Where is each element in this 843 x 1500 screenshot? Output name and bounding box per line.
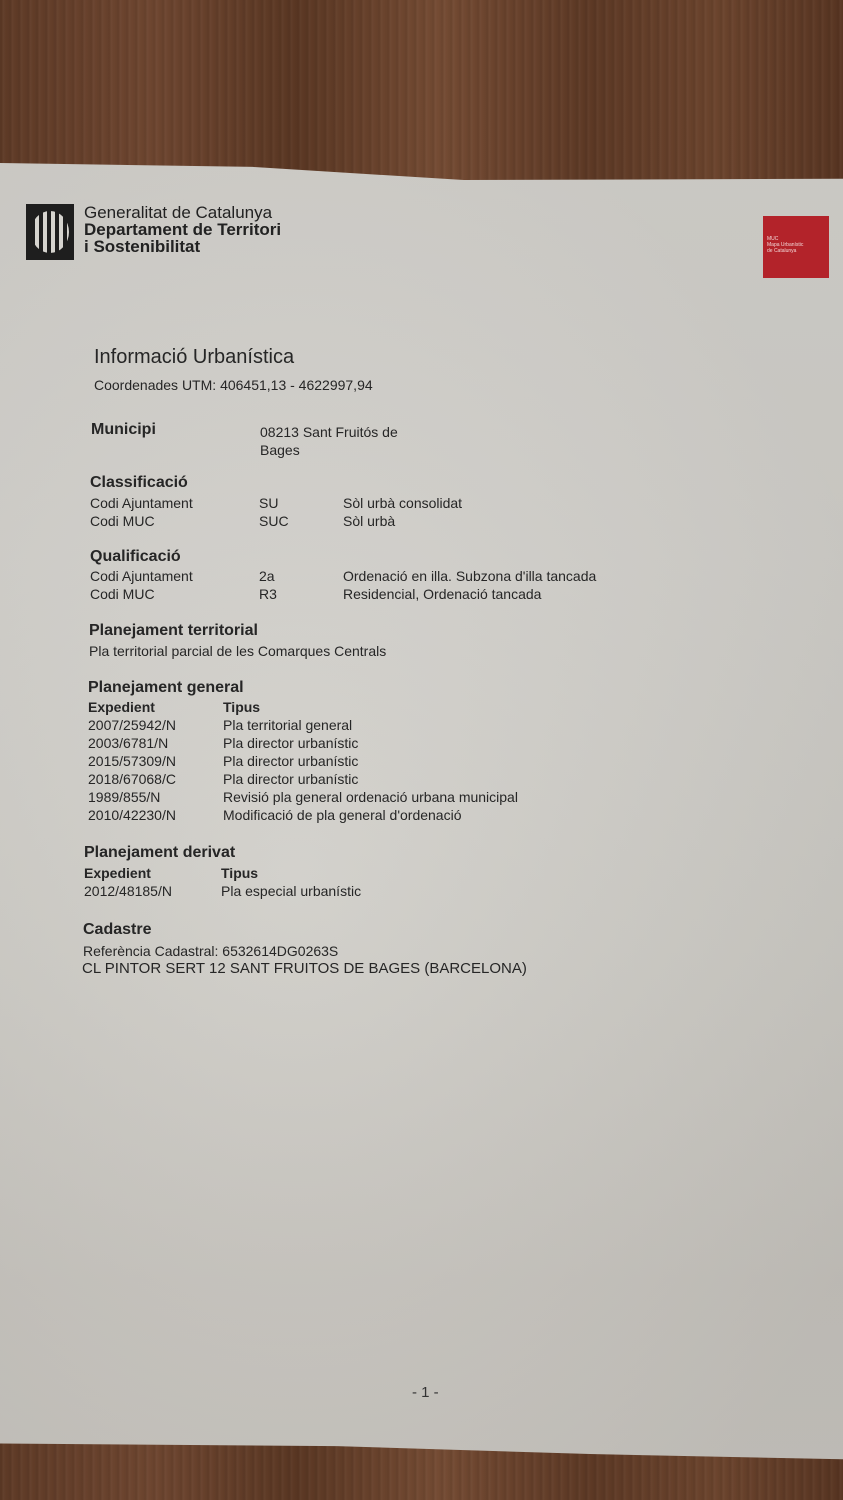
generalitat-shield-icon (26, 204, 74, 260)
cadastre-heading: Cadastre (83, 921, 151, 939)
table-row: 2003/6781/NPla director urbanístic (88, 734, 558, 752)
org-line-3: i Sostenibilitat (84, 238, 281, 255)
column-header-expedient: Expedient (84, 864, 151, 882)
planejament-general-heading: Planejament general (88, 679, 244, 697)
column-header-tipus: Tipus (221, 864, 258, 882)
row-label: Codi MUC (90, 512, 155, 530)
row-description: Ordenació en illa. Subzona d'illa tancad… (343, 567, 596, 585)
cadastre-referencia: Referència Cadastral: 6532614DG0263S (83, 942, 338, 960)
page-number: - 1 - (412, 1384, 439, 1401)
column-header-expedient: Expedient (88, 698, 155, 716)
row-description: Sòl urbà consolidat (343, 494, 462, 512)
municipi-label: Municipi (91, 421, 156, 439)
classificacio-table: Codi Ajuntament SU Sòl urbà consolidat C… (90, 494, 630, 530)
table-row: 2007/25942/NPla territorial general (88, 716, 558, 734)
row-tipus: Revisió pla general ordenació urbana mun… (223, 788, 518, 806)
generalitat-logo: Generalitat de Catalunya Departament de … (26, 204, 281, 260)
row-label: Codi MUC (90, 585, 155, 603)
row-code: SUC (259, 512, 289, 530)
coordinates-value: 406451,13 - 4622997,94 (220, 377, 373, 393)
row-expedient: 2010/42230/N (88, 806, 176, 824)
row-tipus: Pla especial urbanístic (221, 882, 361, 900)
table-row: Codi Ajuntament SU Sòl urbà consolidat (90, 494, 630, 512)
column-header-tipus: Tipus (223, 698, 260, 716)
municipi-value: 08213 Sant Fruitós de Bages (260, 423, 398, 459)
municipi-value-line-1: 08213 Sant Fruitós de (260, 423, 398, 441)
planejament-territorial-text: Pla territorial parcial de les Comarques… (89, 642, 386, 660)
row-label: Codi Ajuntament (90, 494, 193, 512)
planejament-general-table: Expedient Tipus 2007/25942/NPla territor… (88, 698, 558, 824)
table-row: Codi MUC SUC Sòl urbà (90, 512, 630, 530)
muc-line-3: de Catalunya (767, 248, 829, 254)
qualificacio-table: Codi Ajuntament 2a Ordenació en illa. Su… (90, 567, 650, 603)
row-expedient: 1989/855/N (88, 788, 160, 806)
planejament-derivat-heading: Planejament derivat (84, 844, 235, 862)
table-row: 2018/67068/CPla director urbanístic (88, 770, 558, 788)
municipi-value-line-2: Bages (260, 441, 398, 459)
row-code: SU (259, 494, 278, 512)
row-expedient: 2018/67068/C (88, 770, 176, 788)
row-code: 2a (259, 567, 275, 585)
row-description: Sòl urbà (343, 512, 395, 530)
row-tipus: Pla territorial general (223, 716, 352, 734)
planejament-territorial-heading: Planejament territorial (89, 622, 258, 640)
row-expedient: 2003/6781/N (88, 734, 168, 752)
coordinates-label: Coordenades UTM: (94, 377, 216, 393)
row-description: Residencial, Ordenació tancada (343, 585, 541, 603)
table-row: 2012/48185/N Pla especial urbanístic (84, 882, 484, 900)
table-row: 2010/42230/NModificació de pla general d… (88, 806, 558, 824)
muc-badge: MUC Mapa Urbanístic de Catalunya (763, 216, 829, 278)
row-label: Codi Ajuntament (90, 567, 193, 585)
table-row: Codi MUC R3 Residencial, Ordenació tanca… (90, 585, 650, 603)
table-header: Expedient Tipus (84, 864, 484, 882)
row-expedient: 2012/48185/N (84, 882, 172, 900)
table-header: Expedient Tipus (88, 698, 558, 716)
row-tipus: Pla director urbanístic (223, 734, 358, 752)
row-tipus: Pla director urbanístic (223, 752, 358, 770)
row-expedient: 2007/25942/N (88, 716, 176, 734)
table-row: 2015/57309/NPla director urbanístic (88, 752, 558, 770)
row-tipus: Pla director urbanístic (223, 770, 358, 788)
org-line-2: Departament de Territori (84, 221, 281, 238)
utm-coordinates: Coordenades UTM: 406451,13 - 4622997,94 (94, 377, 373, 393)
classificacio-heading: Classificació (90, 474, 188, 492)
org-line-1: Generalitat de Catalunya (84, 204, 281, 221)
document-title: Informació Urbanística (94, 346, 294, 369)
row-code: R3 (259, 585, 277, 603)
row-expedient: 2015/57309/N (88, 752, 176, 770)
table-row: 1989/855/NRevisió pla general ordenació … (88, 788, 558, 806)
row-tipus: Modificació de pla general d'ordenació (223, 806, 462, 824)
planejament-derivat-table: Expedient Tipus 2012/48185/N Pla especia… (84, 864, 484, 900)
table-row: Codi Ajuntament 2a Ordenació en illa. Su… (90, 567, 650, 585)
cadastre-address: CL PINTOR SERT 12 SANT FRUITOS DE BAGES … (82, 960, 527, 978)
org-name: Generalitat de Catalunya Departament de … (84, 204, 281, 255)
qualificacio-heading: Qualificació (90, 548, 181, 566)
